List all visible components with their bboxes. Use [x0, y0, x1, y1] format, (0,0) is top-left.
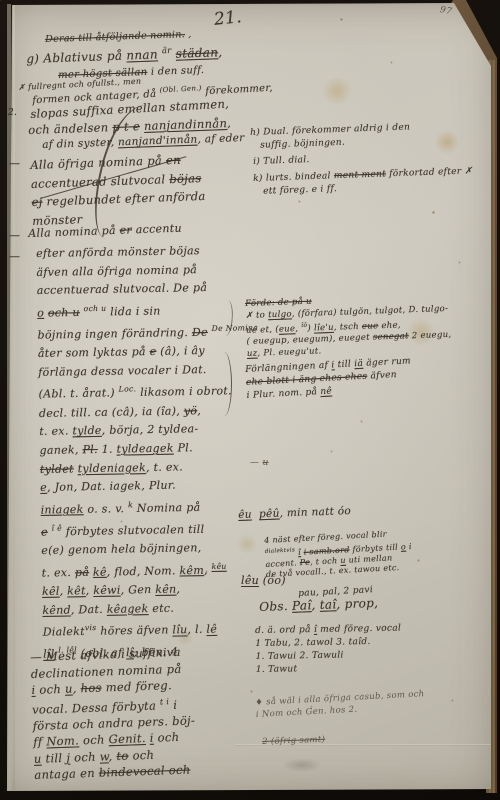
- mid-fragment: — u: [250, 458, 269, 468]
- mest-afvika-paragraph: — Mest afvika i suffixivadeclinationen n…: [30, 643, 197, 783]
- tull-dial-note: i) Tull. dial.: [253, 155, 310, 167]
- margin-numeral: 2.: [8, 108, 17, 118]
- manuscript-photo: 21. 97 Deras till åtföljande nomin. , g)…: [0, 0, 500, 800]
- fox-stain: [320, 78, 354, 104]
- page-number: 21.: [213, 7, 243, 30]
- margin-dash: —: [9, 250, 20, 263]
- dual-note: h) Dual. förekommer aldrig i den suffig.…: [250, 121, 411, 153]
- fox-stain: [434, 130, 460, 154]
- tabu-list: d. ä. ord på î med föreg. vocal1 Tabu, 2…: [255, 622, 402, 677]
- margin-dash: —: [9, 229, 20, 242]
- margin-dash: —: [9, 157, 20, 170]
- leu-line: lêu (óo): [241, 574, 286, 587]
- smudge-stain: [282, 758, 322, 772]
- ink-specks: [0, 0, 1, 1]
- under-page-sliver: [7, 4, 11, 791]
- tulgo-note: Förde: de på u✗ to tulgo, (förfara) tulg…: [245, 292, 452, 360]
- vertical-crease: [13, 5, 15, 790]
- nast-efter-note: 4 näst efter föreg. vocal blirdialektvis…: [264, 528, 413, 580]
